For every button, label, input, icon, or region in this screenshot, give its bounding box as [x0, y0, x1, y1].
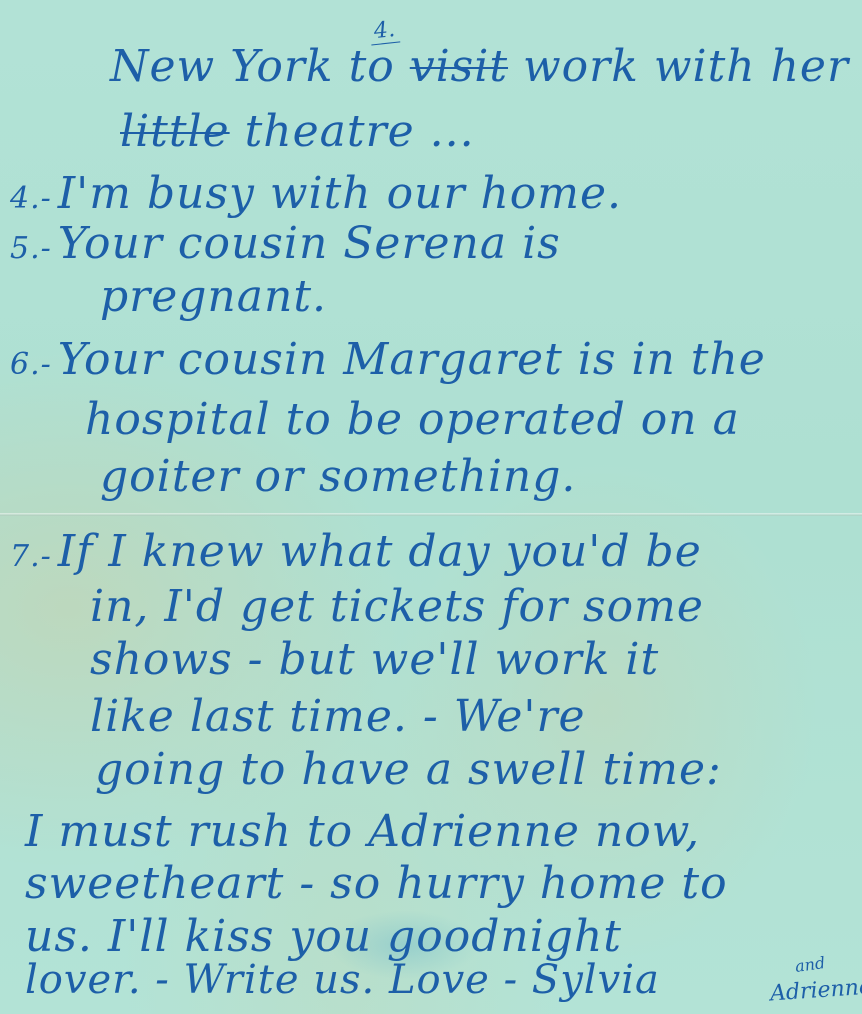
letter-line-1: New York to visit work with her — [110, 45, 849, 89]
letter-page: 4. New York to visit work with her littl… — [0, 0, 862, 1014]
item-number: 5.- — [10, 231, 52, 266]
letter-line: goiter or something. — [100, 455, 576, 499]
signature-second-name: Adrienne — [769, 974, 862, 1006]
letter-line: in, I'd get tickets for some — [90, 585, 704, 629]
struck-word: little — [120, 106, 230, 157]
letter-line: like last time. - We're — [90, 695, 586, 739]
letter-line: shows - but we'll work it — [90, 638, 659, 682]
letter-line: going to have a swell time: — [95, 748, 722, 792]
item-number: 7.- — [10, 539, 52, 574]
letter-line-item-5: 5.-Your cousin Serena is — [10, 222, 561, 266]
letter-line-item-4: 4.-I'm busy with our home. — [10, 172, 622, 216]
letter-line: hospital to be operated on a — [85, 398, 740, 442]
signature-and: and — [794, 953, 826, 976]
letter-closing-line: lover. - Write us. Love - Sylvia — [25, 960, 660, 1000]
item-number: 6.- — [10, 347, 52, 382]
letter-line: us. I'll kiss you goodnight — [25, 915, 622, 959]
letter-line-item-7: 7.-If I knew what day you'd be — [10, 530, 702, 574]
item-number: 4.- — [10, 181, 52, 216]
paper-fold-line — [0, 513, 862, 516]
letter-line: I must rush to Adrienne now, — [25, 810, 700, 854]
letter-line: pregnant. — [100, 275, 327, 319]
struck-word: visit — [410, 41, 508, 92]
letter-line: sweetheart - so hurry home to — [25, 862, 728, 906]
letter-line-2: little theatre ... — [120, 110, 475, 154]
letter-line-item-6: 6.-Your cousin Margaret is in the — [10, 338, 766, 382]
